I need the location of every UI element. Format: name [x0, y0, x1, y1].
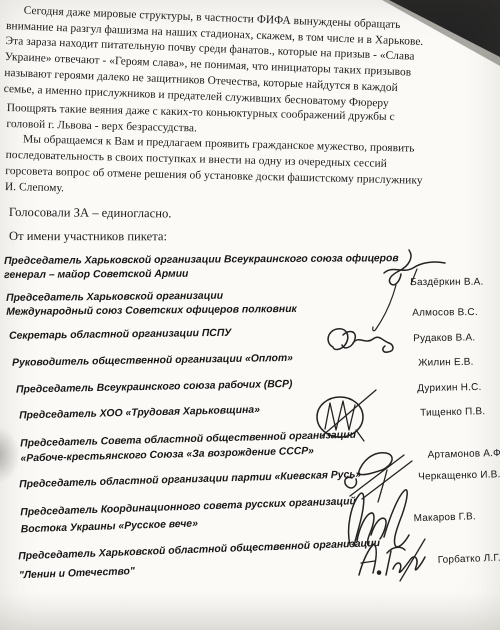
document-page: Сегодня даже мировые структуры, в частно…	[0, 0, 500, 630]
signatory-row: Председатель Совета областной общественн…	[0, 423, 500, 467]
signatory-row: Секретарь областной организации ПСПУ Руд…	[0, 323, 500, 344]
signatory-name: Горбатко Л.Г.	[438, 553, 500, 566]
signatory-row: Председатель Координационного совета рус…	[0, 488, 500, 539]
petition-from-line: От имени участников пикета:	[9, 229, 167, 244]
vote-result-line: Голосовали ЗА – единогласно.	[9, 205, 172, 221]
signatory-row: Председатель Харьковской организации Меж…	[0, 287, 500, 319]
scan-bottom-shadow	[0, 592, 500, 630]
signatory-name: Жилин Е.В.	[418, 357, 474, 369]
signatory-name: Артамонов А.Ф.	[427, 446, 500, 463]
signatory-name: Тищенко П.В.	[420, 406, 485, 419]
signatory-name: Макаров Г.В.	[414, 511, 477, 524]
signatory-row: Руководитель общественной организации «О…	[0, 348, 500, 370]
body-paragraph-top: Сегодня даже мировые структуры, в частно…	[3, 3, 424, 113]
signatory-name: Рудаков В.А.	[413, 332, 475, 344]
signatory-row: Председатель областной организации парти…	[0, 464, 500, 493]
signatory-name: Черкащенко И.В.	[418, 469, 500, 482]
signatory-name: Дурихин Н.С.	[417, 382, 482, 394]
body-paragraph-bottom: Поощрять такие веяния даже с каких-то ко…	[5, 101, 424, 205]
signatory-row: Председатель Всеукраинского союза рабочи…	[0, 373, 500, 397]
signatory-row: Председатель ХОО «Трудовая Харьковщина» …	[0, 397, 500, 423]
signatory-name: Алмосов В.С.	[412, 307, 478, 319]
signatory-row: Председатель Харьковской областной общес…	[0, 529, 500, 586]
signatory-row: Председатель Харьковской организации Все…	[0, 251, 500, 282]
